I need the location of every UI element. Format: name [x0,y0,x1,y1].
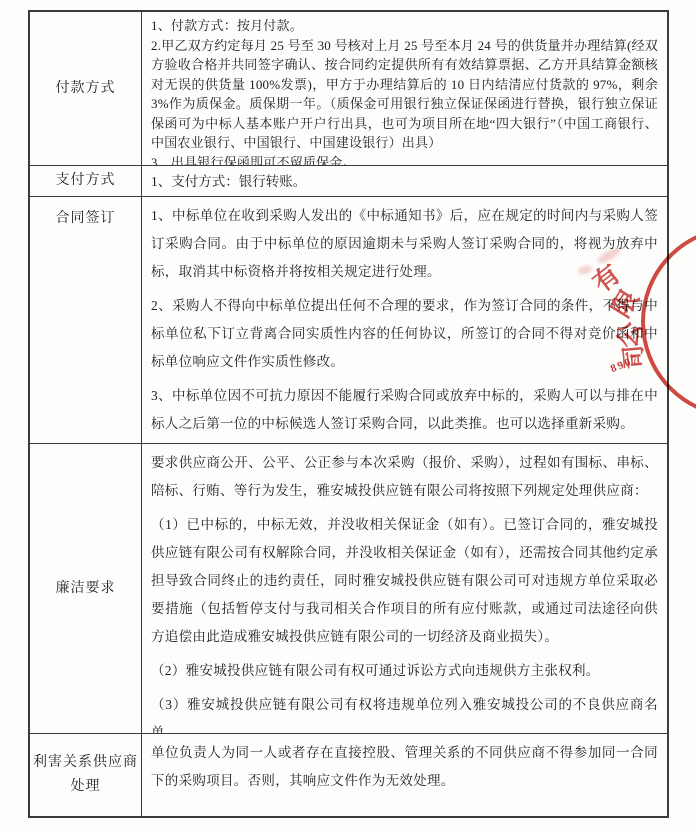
row-label-payment-method: 付款方式 [30,12,142,165]
row-label-payment-way: 支付方式 [30,166,142,196]
paragraph: 1、支付方式：银行转账。 [151,171,658,193]
row-content-payment-method: 1、付款方式：按月付款。 2.甲乙双方约定每月 25 号至 30 号核对上月 2… [142,12,667,165]
procurement-terms-table: 付款方式 1、付款方式：按月付款。 2.甲乙双方约定每月 25 号至 30 号核… [28,10,669,818]
row-label-related-suppliers: 利害关系供应商 处理 [30,734,142,816]
paragraph: （1）已中标的，中标无效，并没收相关保证金（如有）。已签订合同的，雅安城投供应链… [151,511,658,651]
row-label-text: 廉洁要求 [56,577,116,601]
row-label-text: 支付方式 [56,169,116,193]
paragraph: 要求供应商公开、公平、公正参与本次采购（报价、采购），过程如有围标、串标、陪标、… [151,449,658,505]
table-row-payment-way: 支付方式 1、支付方式：银行转账。 [30,166,667,197]
paragraph: 2.甲乙双方约定每月 25 号至 30 号核对上月 25 号至本月 24 号的供… [151,36,658,153]
row-label-contract-signing: 合同签订 [30,197,142,443]
table-row-related-suppliers: 利害关系供应商 处理 单位负责人为同一人或者存在直接控股、管理关系的不同供应商不… [30,734,667,816]
row-content-contract-signing: 1、中标单位在收到采购人发出的《中标通知书》后，应在规定的时间内与采购人签订采购… [142,197,667,443]
paragraph: （3）雅安城投供应链有限公司有权将违规单位列入雅安城投公司的不良供应商名单。 [151,691,658,733]
row-label-text: 合同签订 [56,207,116,231]
row-label-text-line1: 利害关系供应商 [33,751,138,775]
scanned-document-page: 付款方式 1、付款方式：按月付款。 2.甲乙双方约定每月 25 号至 30 号核… [0,0,696,830]
paragraph: 3、中标单位因不可抗力原因不能履行采购合同或放弃中标的，采购人可以与排在中标人之… [151,382,658,438]
table-row-integrity-requirements: 廉洁要求 要求供应商公开、公平、公正参与本次采购（报价、采购），过程如有围标、串… [30,444,667,734]
paragraph: 1、中标单位在收到采购人发出的《中标通知书》后，应在规定的时间内与采购人签订采购… [151,202,658,286]
row-content-integrity: 要求供应商公开、公平、公正参与本次采购（报价、采购），过程如有围标、串标、陪标、… [142,444,667,733]
table-row-contract-signing: 合同签订 1、中标单位在收到采购人发出的《中标通知书》后，应在规定的时间内与采购… [30,197,667,444]
row-content-payment-way: 1、支付方式：银行转账。 [142,166,667,196]
paragraph: 1、付款方式：按月付款。 [151,16,658,36]
row-label-text: 付款方式 [56,77,116,101]
paragraph: 3、出具银行保函即可不留质保金。 [151,153,658,166]
table-row-payment-terms: 付款方式 1、付款方式：按月付款。 2.甲乙双方约定每月 25 号至 30 号核… [30,12,667,166]
row-label-integrity: 廉洁要求 [30,444,142,733]
paragraph: 单位负责人为同一人或者存在直接控股、管理关系的不同供应商不得参加同一合同下的采购… [151,739,658,795]
paragraph: （2）雅安城投供应链有限公司有权可通过诉讼方式向违规供方主张权利。 [151,657,658,685]
row-label-text-line2: 处理 [71,775,101,799]
row-content-related-suppliers: 单位负责人为同一人或者存在直接控股、管理关系的不同供应商不得参加同一合同下的采购… [142,734,667,816]
paragraph: 2、采购人不得向中标单位提出任何不合理的要求，作为签订合同的条件，不得与中标单位… [151,292,658,376]
